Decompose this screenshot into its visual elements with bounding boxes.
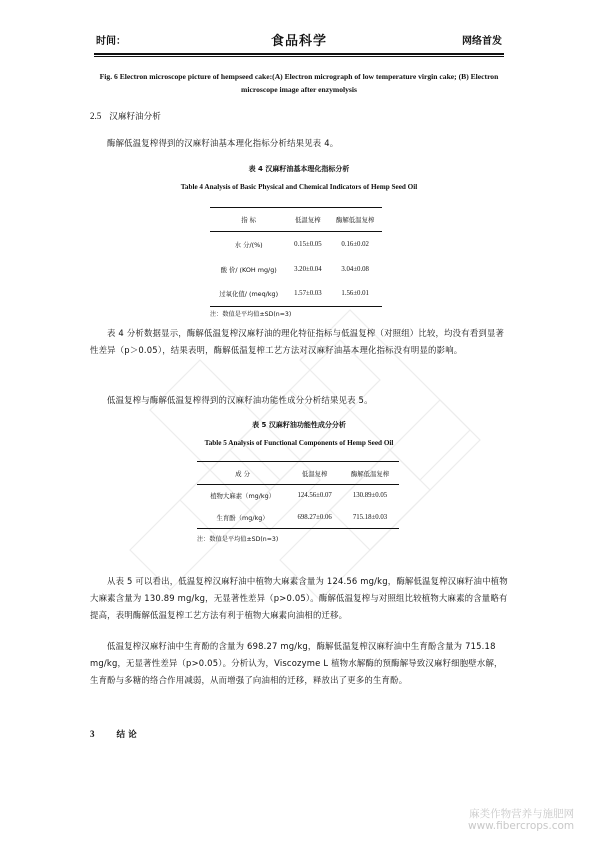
table-cell: 698.27±0.06	[288, 507, 341, 529]
table-4-note: 注：数值是平均值±SD(n=3)	[210, 309, 291, 318]
table-cell: 0.16±0.02	[328, 232, 382, 257]
table-5-header-enzymatic: 酶解低温复榨	[341, 462, 399, 485]
paragraph-3: 低温复榨与酶解低温复榨得到的汉麻籽油功能性成分分析结果见表 5。	[90, 392, 508, 409]
figure-caption-line-2: microscope image after enzymolysis	[96, 83, 502, 96]
table-cell: 0.15±0.05	[287, 232, 328, 257]
header-rule-thick	[94, 53, 504, 55]
site-watermark-name: 麻类作物营养与施肥网	[468, 808, 574, 820]
table-row: 生育酚（mg/kg） 698.27±0.06 715.18±0.03	[197, 507, 399, 529]
paragraph-2: 表 4 分析数据显示，酶解低温复榨汉麻籽油的理化特征指标与低温复榨（对照组）比较…	[90, 325, 508, 359]
table-4-header-indicator: 指 标	[210, 208, 287, 232]
table-row: 水 分/(%) 0.15±0.05 0.16±0.02	[210, 232, 382, 257]
page-header: 时间： 食品科学 网络首发	[96, 32, 502, 50]
site-watermark: 麻类作物营养与施肥网 www.fibercrops.com	[468, 808, 574, 832]
table-4-title-cn: 表 4 汉麻籽油基本理化指标分析	[96, 164, 502, 174]
table-cell: 酸 价/ (KOH mg/g)	[210, 257, 287, 282]
table-row: 酸 价/ (KOH mg/g) 3.20±0.04 3.04±0.08	[210, 257, 382, 282]
table-cell: 715.18±0.03	[341, 507, 399, 529]
table-row: 植物大麻素（mg/kg） 124.56±0.07 130.89±0.05	[197, 485, 399, 507]
table-5-title-cn: 表 5 汉麻籽油功能性成分分析	[96, 420, 502, 430]
section-heading-2-5: 2.5汉麻籽油分析	[90, 110, 161, 122]
table-cell: 124.56±0.07	[288, 485, 341, 507]
paragraph-5: 低温复榨汉麻籽油中生育酚的含量为 698.27 mg/kg，酶解低温复榨汉麻籽油…	[90, 638, 508, 689]
journal-title: 食品科学	[96, 30, 502, 49]
figure-caption: Fig. 6 Electron microscope picture of he…	[96, 70, 502, 96]
table-5-title-en: Table 5 Analysis of Functional Component…	[96, 439, 502, 447]
table-cell: 3.04±0.08	[328, 257, 382, 282]
header-rule-thin	[94, 56, 504, 57]
figure-caption-line-1: Fig. 6 Electron microscope picture of he…	[96, 70, 502, 83]
table-4: 指 标 低温复榨 酶解低温复榨 水 分/(%) 0.15±0.05 0.16±0…	[210, 207, 382, 307]
header-online-first: 网络首发	[462, 32, 502, 47]
table-4-header-low-temp: 低温复榨	[287, 208, 328, 232]
site-watermark-url: www.fibercrops.com	[468, 820, 574, 832]
table-cell: 3.20±0.04	[287, 257, 328, 282]
table-5-note: 注：数值是平均值±SD(n=3)	[197, 534, 278, 543]
table-5-header-low-temp: 低温复榨	[288, 462, 341, 485]
section-heading-3: 3结 论	[90, 728, 137, 740]
table-5-header-component: 成 分	[197, 462, 288, 485]
section-number: 2.5	[90, 111, 101, 121]
table-cell: 生育酚（mg/kg）	[197, 507, 288, 529]
table-4-title-en: Table 4 Analysis of Basic Physical and C…	[96, 183, 502, 191]
table-cell: 植物大麻素（mg/kg）	[197, 485, 288, 507]
paragraph-4: 从表 5 可以看出，低温复榨汉麻籽油中植物大麻素含量为 124.56 mg/kg…	[90, 573, 508, 624]
paragraph-1: 酶解低温复榨得到的汉麻籽油基本理化指标分析结果见表 4。	[90, 135, 508, 152]
section-number: 3	[90, 729, 95, 739]
table-row: 过氧化值/ (meq/kg) 1.57±0.03 1.56±0.01	[210, 282, 382, 307]
table-cell: 过氧化值/ (meq/kg)	[210, 282, 287, 307]
section-title: 汉麻籽油分析	[109, 112, 161, 122]
table-cell: 130.89±0.05	[341, 485, 399, 507]
table-4-header-enzymatic: 酶解低温复榨	[328, 208, 382, 232]
table-cell: 1.57±0.03	[287, 282, 328, 307]
table-cell: 1.56±0.01	[328, 282, 382, 307]
section-title: 结 论	[117, 730, 137, 740]
table-cell: 水 分/(%)	[210, 232, 287, 257]
table-5: 成 分 低温复榨 酶解低温复榨 植物大麻素（mg/kg） 124.56±0.07…	[197, 461, 399, 529]
